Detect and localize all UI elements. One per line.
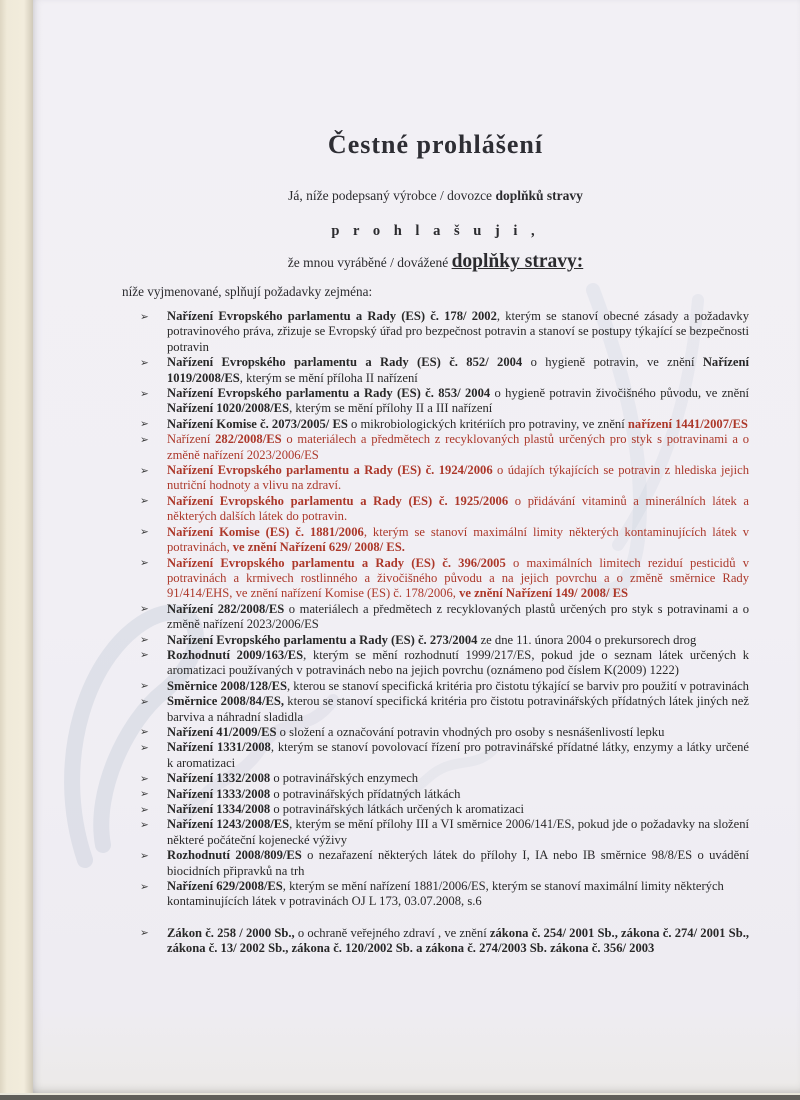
arrow-bullet-icon: ➢	[140, 818, 149, 833]
regulation-ref: ve znění Nařízení 149/ 2008/ ES	[459, 586, 628, 600]
document-content: Čestné prohlášení Já, níže podepsaný výr…	[122, 0, 749, 957]
document-page: Čestné prohlášení Já, níže podepsaný výr…	[33, 0, 800, 1093]
arrow-bullet-icon: ➢	[140, 849, 149, 864]
arrow-bullet-icon: ➢	[140, 741, 149, 756]
regulation-item: ➢Nařízení Evropského parlamentu a Rady (…	[122, 556, 749, 602]
regulation-item: ➢Směrnice 2008/84/ES, kterou se stanoví …	[122, 694, 749, 725]
regulation-ref: nařízení 1441/2007/ES	[628, 417, 748, 431]
regulation-ref: Nařízení Evropského parlamentu a Rady (E…	[167, 556, 506, 570]
regulation-item: ➢Nařízení Evropského parlamentu a Rady (…	[122, 309, 749, 355]
regulation-ref: Nařízení 1332/2008	[167, 771, 270, 785]
regulation-item: ➢Nařízení Komise (ES) č. 1881/2006, kter…	[122, 525, 749, 556]
arrow-bullet-icon: ➢	[140, 387, 149, 402]
arrow-bullet-icon: ➢	[140, 433, 149, 448]
regulation-ref: Rozhodnutí 2008/809/ES	[167, 848, 302, 862]
regulation-item: ➢Zákon č. 258 / 2000 Sb., o ochraně veře…	[122, 926, 749, 957]
regulation-ref: Nařízení Evropského parlamentu a Rady (E…	[167, 494, 508, 508]
regulation-item: ➢Směrnice 2008/128/ES, kterou se stanoví…	[122, 679, 749, 694]
regulation-item: ➢Nařízení Evropského parlamentu a Rady (…	[122, 463, 749, 494]
regulation-item: ➢Nařízení 282/2008/ES o materiálech a př…	[122, 602, 749, 633]
document-title: Čestné prohlášení	[122, 130, 749, 160]
intro-prefix: Já, níže podepsaný výrobce / dovozce	[288, 188, 495, 203]
regulation-ref: ve znění Nařízení 629/ 2008/ ES.	[233, 540, 405, 554]
regulation-text: , kterou se stanoví specifická kritéria …	[287, 679, 749, 693]
arrow-bullet-icon: ➢	[140, 525, 149, 540]
regulation-text: o potravinářských přídatných látkách	[270, 787, 460, 801]
regulation-item: ➢Rozhodnutí 2009/163/ES, kterým se mění …	[122, 648, 749, 679]
arrow-bullet-icon: ➢	[140, 772, 149, 787]
arrow-bullet-icon: ➢	[140, 648, 149, 663]
regulation-list: ➢Nařízení Evropského parlamentu a Rady (…	[122, 309, 749, 957]
subject-bold-underlined: doplňky stravy:	[452, 251, 584, 272]
arrow-bullet-icon: ➢	[140, 417, 149, 432]
intro-line: Já, níže podepsaný výrobce / dovozce dop…	[122, 188, 749, 204]
regulation-text: ze dne 11. února 2004 o prekursorech dro…	[477, 633, 696, 647]
regulation-ref: Nařízení 1243/2008/ES	[167, 817, 289, 831]
regulation-ref: Nařízení 629/2008/ES	[167, 879, 283, 893]
regulation-ref: Nařízení 1333/2008	[167, 787, 270, 801]
regulation-item: ➢Nařízení Komise č. 2073/2005/ ES o mikr…	[122, 417, 749, 432]
arrow-bullet-icon: ➢	[140, 310, 149, 325]
regulation-ref: Nařízení 1331/2008	[167, 740, 271, 754]
regulation-ref: Nařízení Evropského parlamentu a Rady (E…	[167, 463, 493, 477]
regulation-ref: Nařízení Komise č. 2073/2005/ ES	[167, 417, 348, 431]
regulation-text: o potravinářských enzymech	[270, 771, 418, 785]
regulation-item: ➢Nařízení 1331/2008, kterým se stanoví p…	[122, 740, 749, 771]
regulation-ref: Směrnice 2008/128/ES	[167, 679, 287, 693]
scanned-document: Čestné prohlášení Já, níže podepsaný výr…	[0, 0, 800, 1100]
arrow-bullet-icon: ➢	[140, 464, 149, 479]
declaration-word: p r o h l a š u j i ,	[122, 223, 749, 240]
regulation-item: ➢Nařízení Evropského parlamentu a Rady (…	[122, 355, 749, 386]
regulation-text: , kterým se mění přílohy II a III naříze…	[289, 401, 492, 415]
regulation-text: o ochraně veřejného zdraví , ve znění	[295, 926, 490, 940]
regulation-ref: Nařízení Komise (ES) č. 1881/2006	[167, 525, 364, 539]
regulation-text: Nařízení	[167, 432, 215, 446]
regulation-ref: Zákon č. 258 / 2000 Sb.,	[167, 926, 295, 940]
arrow-bullet-icon: ➢	[140, 725, 149, 740]
regulation-ref: Rozhodnutí 2009/163/ES	[167, 648, 303, 662]
regulation-item: ➢Nařízení Evropského parlamentu a Rady (…	[122, 633, 749, 648]
regulation-text: o mikrobiologických kritériích pro potra…	[348, 417, 628, 431]
arrow-bullet-icon: ➢	[140, 803, 149, 818]
regulation-item: ➢Nařízení 1333/2008 o potravinářských př…	[122, 787, 749, 802]
regulation-ref: Nařízení 282/2008/ES	[167, 602, 284, 616]
regulation-text: o hygieně potravin živočišného původu, v…	[490, 386, 749, 400]
arrow-bullet-icon: ➢	[140, 494, 149, 509]
regulation-item: ➢Nařízení 1334/2008 o potravinářských lá…	[122, 802, 749, 817]
regulation-ref: Nařízení 1334/2008	[167, 802, 270, 816]
arrow-bullet-icon: ➢	[140, 695, 149, 710]
regulation-ref: Nařízení Evropského parlamentu a Rady (E…	[167, 633, 477, 647]
regulation-item: ➢Nařízení 1332/2008 o potravinářských en…	[122, 771, 749, 786]
intro-bold: doplňků stravy	[495, 188, 582, 203]
adjacent-page-edge	[0, 0, 33, 1093]
regulation-ref: Nařízení Evropského parlamentu a Rady (E…	[167, 355, 522, 369]
arrow-bullet-icon: ➢	[140, 926, 149, 941]
regulation-item: ➢Rozhodnutí 2008/809/ES o nezařazení něk…	[122, 848, 749, 879]
arrow-bullet-icon: ➢	[140, 556, 149, 571]
regulation-text: o složení a označování potravin vhodných…	[277, 725, 665, 739]
subject-line: že mnou vyráběné / dovážené doplňky stra…	[122, 251, 749, 273]
arrow-bullet-icon: ➢	[140, 602, 149, 617]
arrow-bullet-icon: ➢	[140, 633, 149, 648]
arrow-bullet-icon: ➢	[140, 356, 149, 371]
regulation-ref: 282/2008/ES	[215, 432, 281, 446]
regulation-ref: Nařízení Evropského parlamentu a Rady (E…	[167, 309, 497, 323]
regulation-item: ➢Nařízení Evropského parlamentu a Rady (…	[122, 386, 749, 417]
arrow-bullet-icon: ➢	[140, 679, 149, 694]
regulation-text: o potravinářských látkách určených k aro…	[270, 802, 524, 816]
regulation-ref: Nařízení 1020/2008/ES	[167, 401, 289, 415]
regulation-item: ➢Nařízení 282/2008/ES o materiálech a př…	[122, 432, 749, 463]
arrow-bullet-icon: ➢	[140, 787, 149, 802]
regulation-item: ➢Nařízení 41/2009/ES o složení a označov…	[122, 725, 749, 740]
regulation-text: , kterým se mění příloha II nařízení	[240, 371, 418, 385]
requirements-intro: níže vyjmenované, splňují požadavky zejm…	[122, 284, 749, 300]
regulation-ref: Nařízení Evropského parlamentu a Rady (E…	[167, 386, 490, 400]
regulation-item: ➢Nařízení 629/2008/ES, kterým se mění na…	[122, 879, 749, 910]
regulation-item: ➢Nařízení 1243/2008/ES, kterým se mění p…	[122, 817, 749, 848]
regulation-ref: Nařízení 41/2009/ES	[167, 725, 277, 739]
regulation-ref: Směrnice 2008/84/ES,	[167, 694, 284, 708]
subject-prefix: že mnou vyráběné / dovážené	[288, 255, 452, 270]
arrow-bullet-icon: ➢	[140, 880, 149, 895]
regulation-text: o hygieně potravin, ve znění	[522, 355, 703, 369]
regulation-item: ➢Nařízení Evropského parlamentu a Rady (…	[122, 494, 749, 525]
